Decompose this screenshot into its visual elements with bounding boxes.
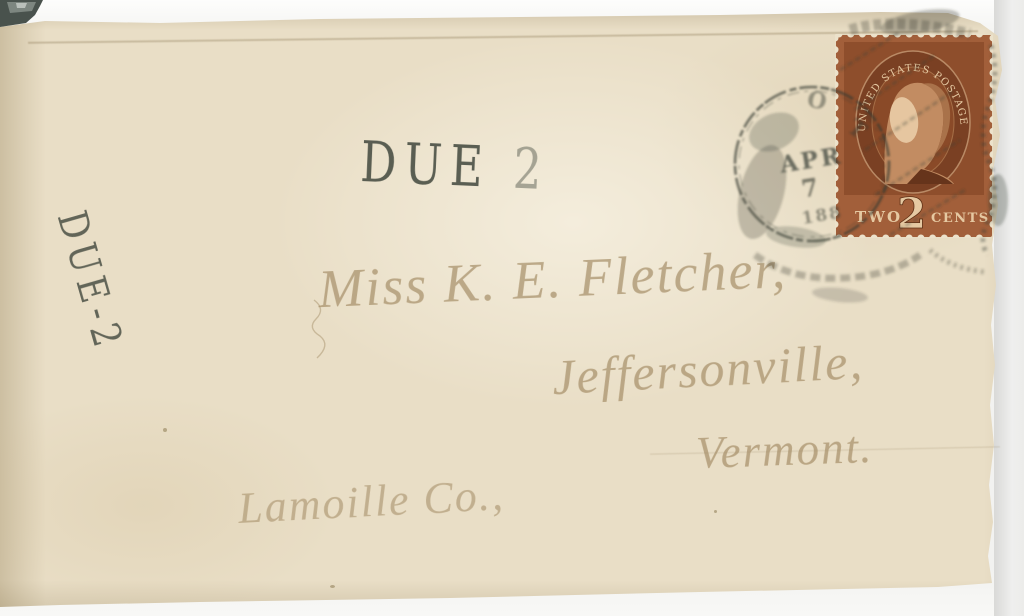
address-line-state: Vermont. — [695, 421, 874, 479]
envelope-scan: Miss K. E. Fletcher, Jeffersonville, Ver… — [0, 0, 1024, 616]
cancellation-smudges — [690, 0, 1024, 320]
paper-speck — [330, 585, 335, 588]
paper-speck — [163, 428, 167, 432]
due-2-handstamp-center: DUE2 — [359, 130, 551, 203]
ink-squiggle — [300, 296, 334, 362]
due-digit: 2 — [512, 137, 551, 204]
due-word: DUE — [359, 130, 492, 201]
scan-clip — [0, 0, 48, 32]
paper-speck — [714, 510, 717, 513]
